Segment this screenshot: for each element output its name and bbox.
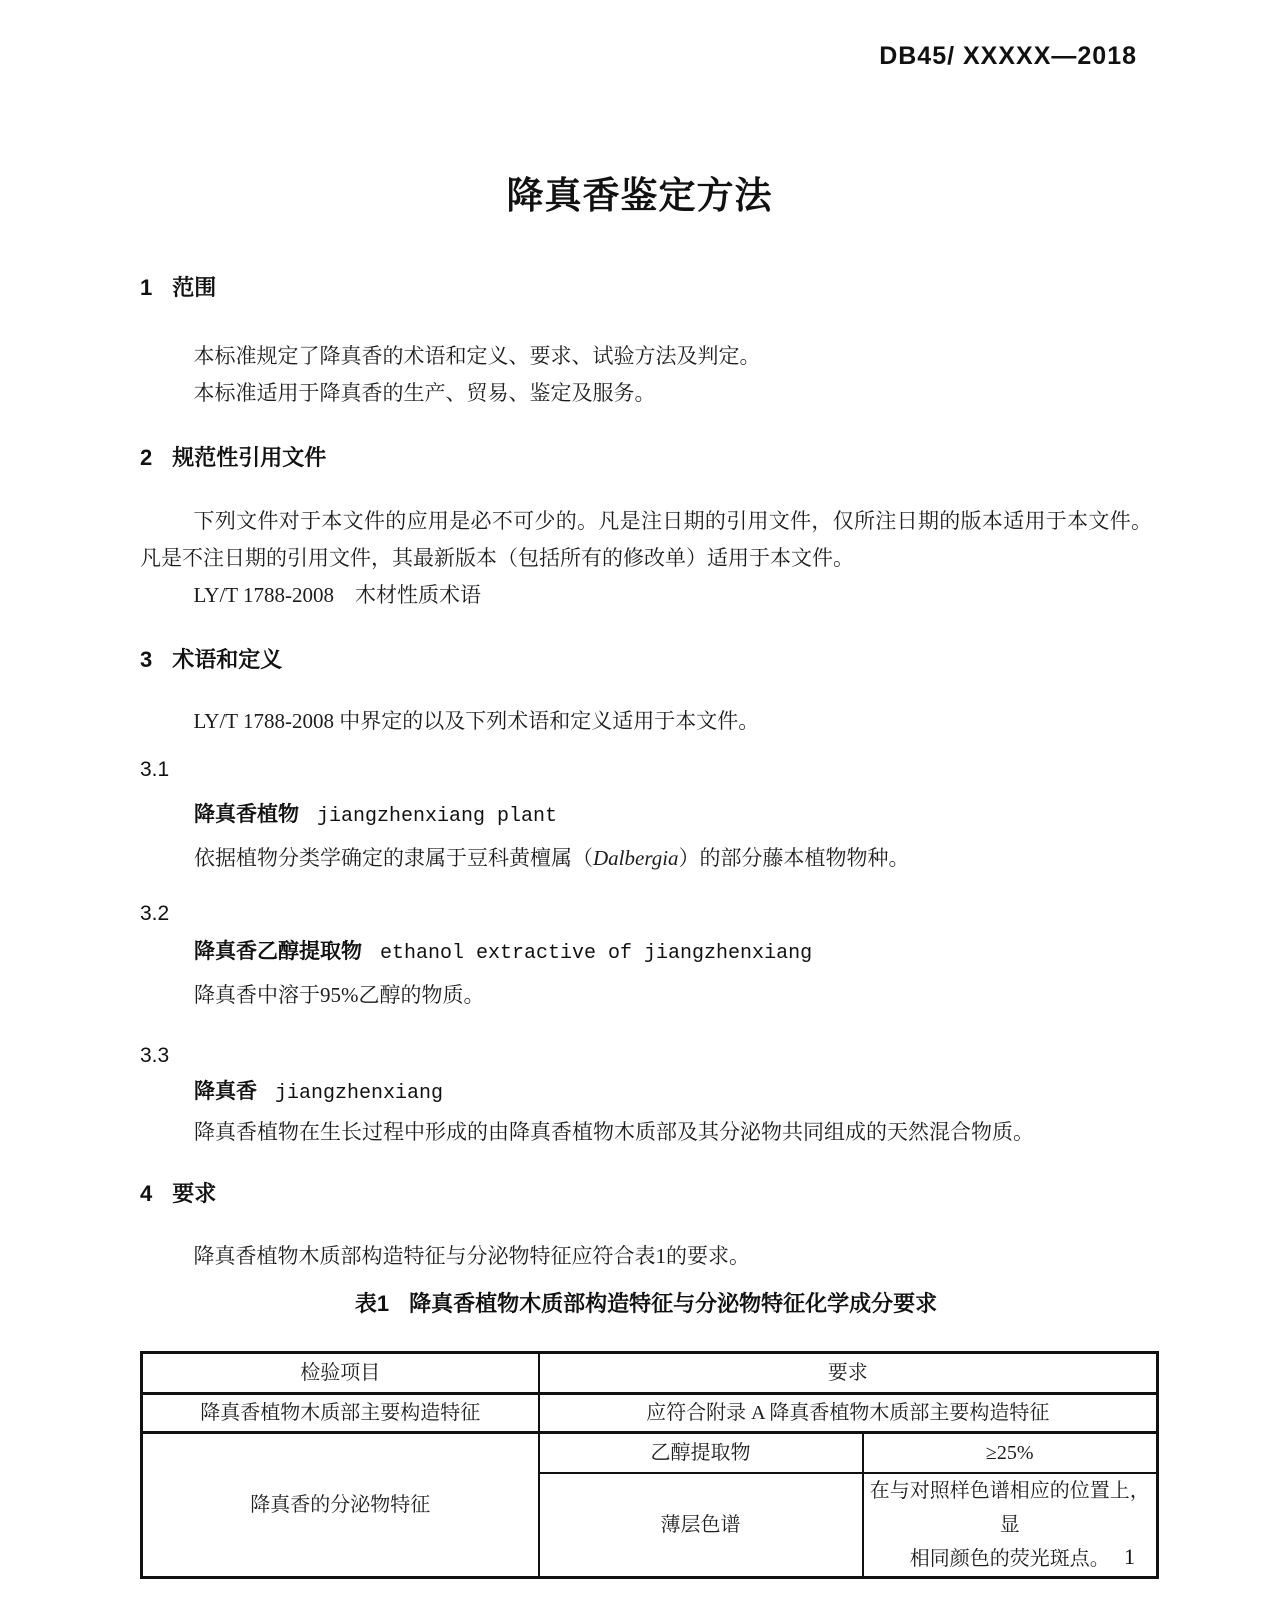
- page-number: 1: [1124, 1544, 1135, 1570]
- table-row: 降真香的分泌物特征 乙醇提取物 ≥25%: [142, 1433, 1158, 1474]
- table-1-row2-sub2-requirement: 在与对照样色谱相应的位置上，显 相同颜色的荧光斑点。: [863, 1473, 1158, 1578]
- table-1: 检验项目 要求 降真香植物木质部主要构造特征 应符合附录 A 降真香植物木质部主…: [140, 1351, 1159, 1579]
- table-1-caption-text: 降真香植物木质部构造特征与分泌物特征化学成分要求: [409, 1291, 937, 1316]
- table-1-caption: 表1降真香植物木质部构造特征与分泌物特征化学成分要求: [140, 1289, 1152, 1319]
- table-1-row2-sub1-requirement: ≥25%: [863, 1433, 1158, 1474]
- section-3-number: 3: [140, 645, 152, 675]
- section-3-label: 术语和定义: [172, 645, 282, 675]
- section-2-label: 规范性引用文件: [172, 443, 326, 473]
- standard-doc-code: DB45/ XXXXX—2018: [879, 42, 1137, 71]
- table-1-row1-requirement: 应符合附录 A 降真香植物木质部主要构造特征: [539, 1394, 1158, 1433]
- table-1-header-row: 检验项目 要求: [142, 1353, 1158, 1394]
- term-3-3-zh: 降真香: [194, 1080, 257, 1103]
- term-3-2-definition: 降真香中溶于95%乙醇的物质。: [194, 977, 1152, 1014]
- section-4-number: 4: [140, 1179, 152, 1209]
- term-3-3: 降真香jiangzhenxiang: [194, 1077, 1152, 1109]
- section-1-heading: 1范围: [140, 273, 1152, 303]
- clause-3-2-number: 3.2: [140, 899, 1152, 929]
- table-1-col2-header: 要求: [539, 1353, 1158, 1394]
- clause-3-3-number: 3.3: [140, 1041, 1152, 1071]
- section-3-intro: LY/T 1788-2008 中界定的以及下列术语和定义适用于本文件。: [140, 703, 1152, 740]
- table-1-row1-item: 降真香植物木质部主要构造特征: [142, 1394, 539, 1433]
- table-1-row2-sub1-name: 乙醇提取物: [539, 1433, 863, 1474]
- term-3-2: 降真香乙醇提取物ethanol extractive of jiangzhenx…: [194, 937, 1152, 969]
- term-3-2-zh: 降真香乙醇提取物: [194, 940, 362, 963]
- section-2-paragraph-1: 下列文件对于本文件的应用是必不可少的。凡是注日期的引用文件，仅所注日期的版本适用…: [140, 503, 1152, 577]
- section-1-number: 1: [140, 273, 152, 303]
- table-1-row2-sub2-requirement-line1: 在与对照样色谱相应的位置上，显: [870, 1474, 1151, 1542]
- term-3-1-zh: 降真香植物: [194, 803, 299, 826]
- term-3-1-definition: 依据植物分类学确定的隶属于豆科黄檀属（Dalbergia）的部分藤本植物物种。: [194, 840, 1152, 877]
- section-2-reference: LY/T 1788-2008 木材性质术语: [140, 577, 1152, 614]
- table-1-row2-item: 降真香的分泌物特征: [142, 1433, 539, 1578]
- document-page: DB45/ XXXXX—2018 降真香鉴定方法 1范围 本标准规定了降真香的术…: [0, 0, 1279, 1603]
- table-1-row2-sub2-requirement-line2: 相同颜色的荧光斑点。: [870, 1542, 1151, 1576]
- table-row: 降真香植物木质部主要构造特征 应符合附录 A 降真香植物木质部主要构造特征: [142, 1394, 1158, 1433]
- clause-3-1-number: 3.1: [140, 755, 1152, 785]
- section-1-paragraph-2: 本标准适用于降真香的生产、贸易、鉴定及服务。: [140, 375, 1152, 412]
- table-1-caption-label: 表1: [355, 1291, 389, 1316]
- section-1-label: 范围: [172, 273, 216, 303]
- document-body: 1范围 本标准规定了降真香的术语和定义、要求、试验方法及判定。 本标准适用于降真…: [140, 258, 1152, 1579]
- table-1-row2-sub2-name: 薄层色谱: [539, 1473, 863, 1578]
- term-3-1-def-before: 依据植物分类学确定的隶属于豆科黄檀属（: [194, 846, 593, 870]
- term-3-3-en: jiangzhenxiang: [275, 1082, 443, 1105]
- section-2-number: 2: [140, 443, 152, 473]
- section-2-heading: 2规范性引用文件: [140, 443, 1152, 473]
- section-1-paragraph-1: 本标准规定了降真香的术语和定义、要求、试验方法及判定。: [140, 338, 1152, 375]
- section-3-heading: 3术语和定义: [140, 645, 1152, 675]
- term-3-1-def-after: ）的部分藤本植物物种。: [679, 846, 910, 870]
- section-4-heading: 4要求: [140, 1179, 1152, 1209]
- term-3-3-definition: 降真香植物在生长过程中形成的由降真香植物木质部及其分泌物共同组成的天然混合物质。: [194, 1114, 1152, 1151]
- term-3-1-en: jiangzhenxiang plant: [317, 805, 557, 828]
- table-1-col1-header: 检验项目: [142, 1353, 539, 1394]
- section-4-label: 要求: [172, 1179, 216, 1209]
- term-3-1: 降真香植物jiangzhenxiang plant: [194, 800, 1152, 832]
- section-4-paragraph-1: 降真香植物木质部构造特征与分泌物特征应符合表1的要求。: [140, 1238, 1152, 1275]
- term-3-1-def-genus: Dalbergia: [593, 846, 679, 870]
- term-3-2-en: ethanol extractive of jiangzhenxiang: [380, 942, 812, 965]
- document-title: 降真香鉴定方法: [0, 165, 1279, 219]
